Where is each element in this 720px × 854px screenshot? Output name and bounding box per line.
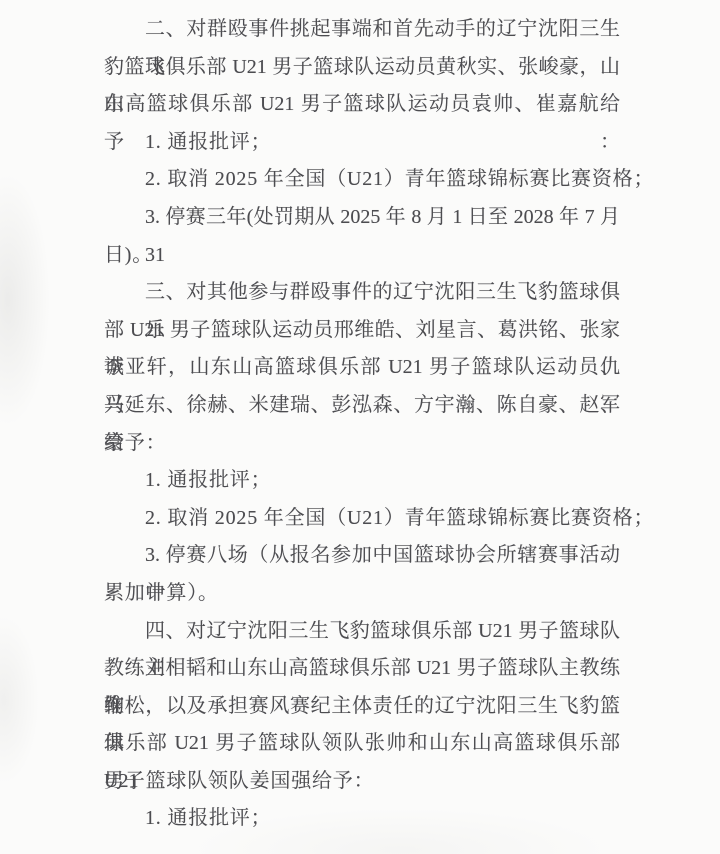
text-line: 教练刘相韬和山东山高篮球俱乐部 U21 男子篮球队主教练鞠: [104, 650, 620, 688]
text-line: 维松，以及承担赛风赛纪主体责任的辽宁沈阳三生飞豹篮球: [104, 688, 620, 726]
text-line: 男子篮球队领队姜国强给予：: [104, 763, 620, 801]
text-line: 俱乐部 U21 男子篮球队领队张帅和山东山高篮球俱乐部 U21: [104, 725, 620, 763]
text-line: 给予：: [104, 425, 620, 463]
text-line: 2. 取消 2025 年全国（U21）青年篮球锦标赛比赛资格；: [104, 500, 620, 538]
text-line: 李亚轩，山东山高篮球俱乐部 U21 男子篮球队运动员仇兴、: [104, 349, 620, 387]
document-body: 二、对群殴事件挑起事端和首先动手的辽宁沈阳三生飞豹篮球俱乐部 U21 男子篮球队…: [104, 11, 620, 838]
text-line: 三、对其他参与群殴事件的辽宁沈阳三生飞豹篮球俱乐: [104, 274, 620, 312]
text-line: 山高篮球俱乐部 U21 男子篮球队运动员袁帅、崔嘉航给予：: [104, 86, 620, 124]
text-line: 3. 停赛八场（从报名参加中国篮球协会所辖赛事活动中: [104, 537, 620, 575]
text-line: 1. 通报批评；: [104, 462, 620, 500]
text-line: 马延东、徐赫、米建瑞、彭泓森、方宇瀚、陈自豪、赵军豪: [104, 387, 620, 425]
scanned-document-page: 二、对群殴事件挑起事端和首先动手的辽宁沈阳三生飞豹篮球俱乐部 U21 男子篮球队…: [0, 0, 720, 854]
text-line: 1. 通报批评；: [104, 800, 620, 838]
text-line: 3. 停赛三年(处罚期从 2025 年 8 月 1 日至 2028 年 7 月 …: [104, 199, 620, 237]
text-line: 累加计算）。: [104, 575, 620, 613]
text-line: 2. 取消 2025 年全国（U21）青年篮球锦标赛比赛资格；: [104, 161, 620, 199]
text-line: 日)。: [104, 237, 620, 275]
text-line: 豹篮球俱乐部 U21 男子篮球队运动员黄秋实、张峻豪，山东: [104, 49, 620, 87]
text-line: 四、对辽宁沈阳三生飞豹篮球俱乐部 U21 男子篮球队主: [104, 613, 620, 651]
text-line: 二、对群殴事件挑起事端和首先动手的辽宁沈阳三生飞: [104, 11, 620, 49]
text-line: 部 U21 男子篮球队运动员邢维皓、刘星言、葛洪铭、张家诚、: [104, 312, 620, 350]
